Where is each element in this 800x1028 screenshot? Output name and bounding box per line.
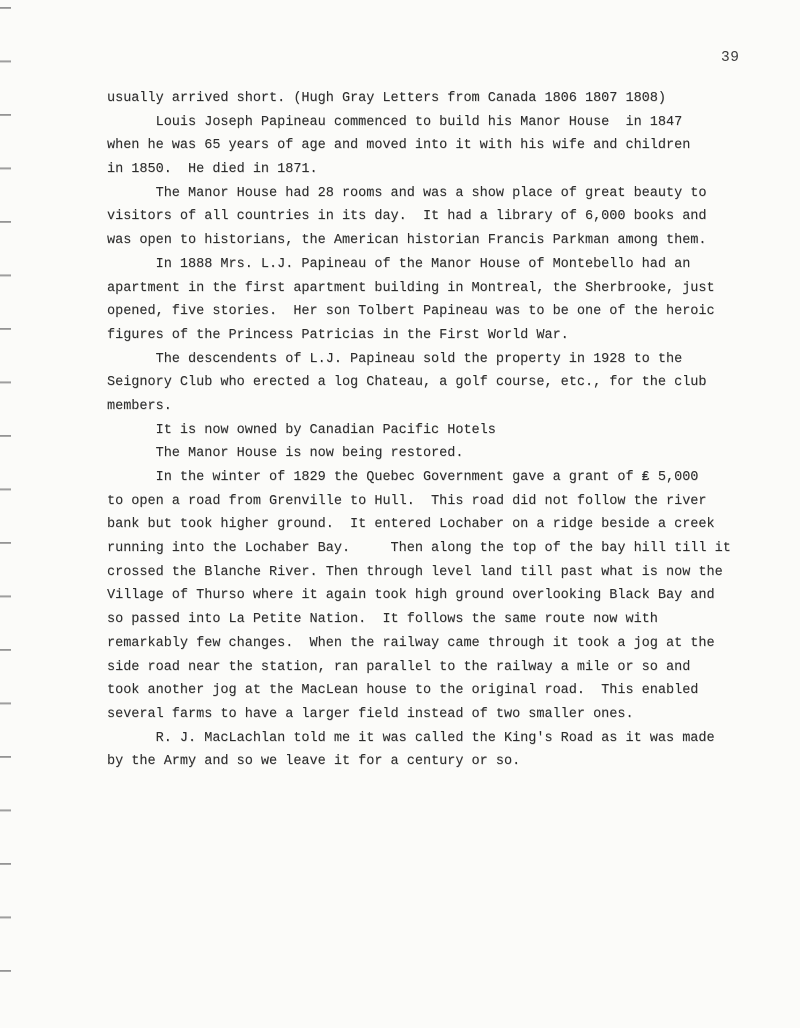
text-line: usually arrived short. (Hugh Gray Letter…: [107, 87, 747, 111]
text-line: took another jog at the MacLean house to…: [107, 679, 747, 703]
text-line: opened, five stories. Her son Tolbert Pa…: [107, 300, 747, 324]
text-line: crossed the Blanche River. Then through …: [107, 561, 747, 585]
text-line: The Manor House is now being restored.: [107, 442, 747, 466]
text-line: R. J. MacLachlan told me it was called t…: [107, 727, 747, 751]
text-line: so passed into La Petite Nation. It foll…: [107, 608, 747, 632]
text-line: Seignory Club who erected a log Chateau,…: [107, 371, 747, 395]
text-line: in 1850. He died in 1871.: [107, 158, 747, 182]
text-line: members.: [107, 395, 747, 419]
left-edge-binding-marks: [0, 7, 11, 1023]
text-line: to open a road from Grenville to Hull. T…: [107, 490, 747, 514]
text-line: Louis Joseph Papineau commenced to build…: [107, 111, 747, 135]
text-line: bank but took higher ground. It entered …: [107, 513, 747, 537]
text-line: apartment in the first apartment buildin…: [107, 277, 747, 301]
typewritten-text-block: usually arrived short. (Hugh Gray Letter…: [107, 87, 747, 774]
text-line: The descendents of L.J. Papineau sold th…: [107, 348, 747, 372]
text-line: by the Army and so we leave it for a cen…: [107, 750, 747, 774]
text-line: In 1888 Mrs. L.J. Papineau of the Manor …: [107, 253, 747, 277]
text-line: In the winter of 1829 the Quebec Governm…: [107, 466, 747, 490]
scanned-document-page: 39 usually arrived short. (Hugh Gray Let…: [0, 0, 800, 1028]
text-line: remarkably few changes. When the railway…: [107, 632, 747, 656]
text-line: Village of Thurso where it again took hi…: [107, 584, 747, 608]
text-line: was open to historians, the American his…: [107, 229, 747, 253]
text-line: The Manor House had 28 rooms and was a s…: [107, 182, 747, 206]
text-line: running into the Lochaber Bay. Then alon…: [107, 537, 747, 561]
text-line: figures of the Princess Patricias in the…: [107, 324, 747, 348]
text-line: several farms to have a larger field ins…: [107, 703, 747, 727]
text-line: visitors of all countries in its day. It…: [107, 205, 747, 229]
page-number: 39: [721, 50, 739, 66]
text-line: It is now owned by Canadian Pacific Hote…: [107, 419, 747, 443]
text-line: side road near the station, ran parallel…: [107, 656, 747, 680]
text-line: when he was 65 years of age and moved in…: [107, 134, 747, 158]
